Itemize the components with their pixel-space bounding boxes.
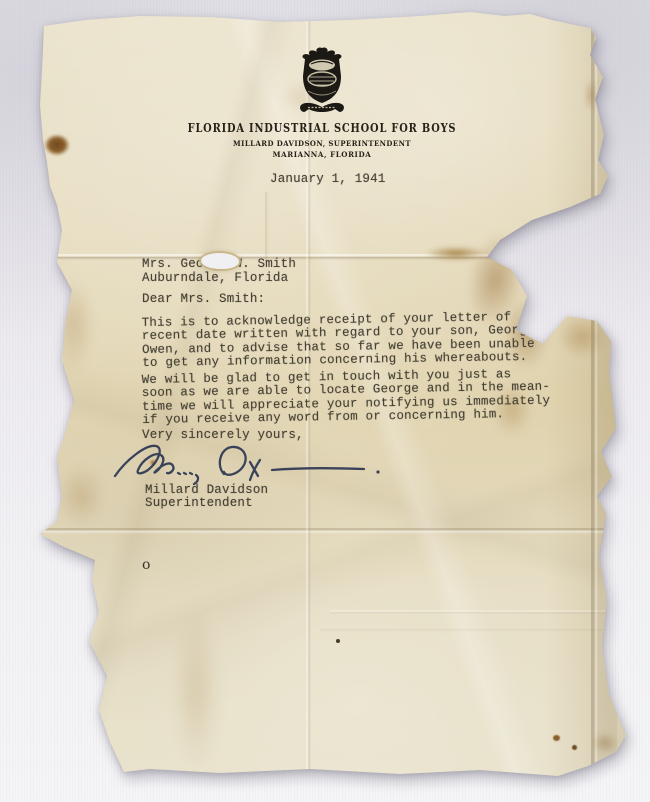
stain-bottom-streak bbox=[172, 608, 220, 773]
speck-a bbox=[336, 639, 340, 643]
letterhead-superintendent-line: MILLARD DAVIDSON, SUPERINTENDENT bbox=[81, 139, 563, 148]
letter-recipient: Mrs. George W. Smith Auburndale, Florida bbox=[142, 257, 296, 285]
letter-salutation: Dear Mrs. Smith: bbox=[142, 293, 265, 306]
fold-crease-bottom-b bbox=[320, 629, 620, 632]
letter-paragraph-1: This is to acknowledge receipt of your l… bbox=[142, 311, 536, 371]
speck-b bbox=[553, 735, 560, 741]
photo-of-letter: FLORIDA INDUSTRIAL SCHOOL FOR BOYS MILLA… bbox=[0, 0, 650, 802]
fold-crease-vertical-small bbox=[265, 192, 269, 262]
right-edge-shading bbox=[597, 26, 617, 770]
signature-ink bbox=[112, 440, 396, 488]
fold-crease-bottom-a bbox=[330, 610, 620, 614]
paper-shadow-wrap: FLORIDA INDUSTRIAL SCHOOL FOR BOYS MILLA… bbox=[0, 0, 650, 802]
stain-left-mid bbox=[52, 278, 94, 373]
stain-left-lower bbox=[58, 465, 104, 527]
signer-title: Superintendent bbox=[145, 497, 253, 510]
letter-paper: FLORIDA INDUSTRIAL SCHOOL FOR BOYS MILLA… bbox=[0, 0, 650, 802]
letterhead-school-name: FLORIDA INDUSTRIAL SCHOOL FOR BOYS bbox=[107, 121, 537, 135]
stain-right-edge-top bbox=[584, 78, 598, 112]
stain-dark-blob bbox=[44, 134, 70, 156]
school-crest-shield-icon bbox=[295, 46, 349, 120]
handwritten-3-mark bbox=[52, 612, 92, 670]
fold-crease-vertical-right bbox=[591, 26, 598, 768]
stain-fold-streak bbox=[425, 246, 487, 261]
letter-date: January 1, 1941 bbox=[270, 173, 386, 186]
letter-paragraph-2: We will be glad to get in touch with you… bbox=[142, 368, 551, 428]
handwritten-o-mark: o bbox=[142, 557, 150, 573]
speck-c bbox=[572, 745, 577, 750]
letterhead-location-line: MARIANNA, FLORIDA bbox=[73, 150, 571, 159]
fold-crease-lower bbox=[42, 528, 604, 534]
stain-corner-bottom-right bbox=[592, 732, 618, 754]
stain-flap bbox=[558, 316, 606, 358]
